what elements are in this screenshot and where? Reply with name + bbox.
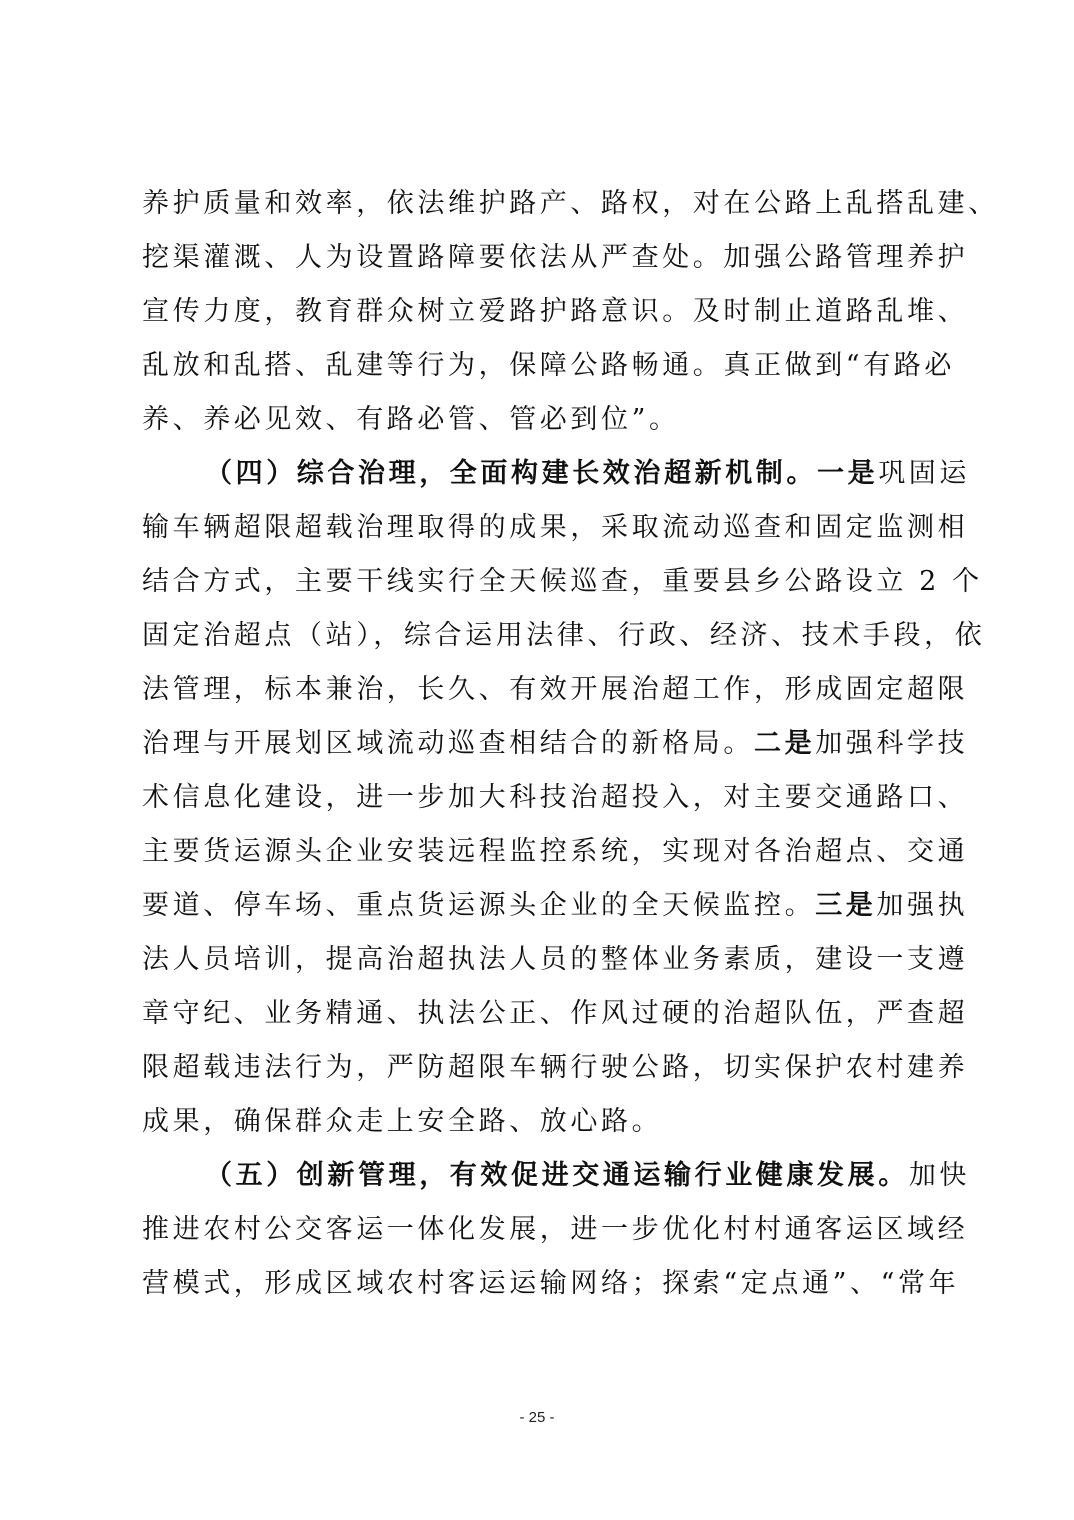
- text-run: 加强执: [876, 890, 968, 921]
- text-line: 结合方式，主要干线实行全天候巡查，重要县乡公路设立 2 个: [142, 555, 942, 609]
- point-one-label: 一是: [817, 458, 878, 489]
- point-three-label: 三是: [815, 890, 876, 921]
- text-line: 推进农村公交客运一体化发展，进一步优化村村通客运区域经: [142, 1203, 942, 1257]
- text-line: 乱放和乱搭、乱建等行为，保障公路畅通。真正做到“有路必: [142, 339, 942, 393]
- document-body: 养护质量和效率，依法维护路产、路权，对在公路上乱搭乱建、 挖渠灌溉、人为设置路障…: [142, 177, 942, 1311]
- page-number: - 25 -: [0, 1409, 1074, 1426]
- text-line: 宣传力度，教育群众树立爱路护路意识。及时制止道路乱堆、: [142, 285, 942, 339]
- text-line: 要道、停车场、重点货运源头企业的全天候监控。三是加强执: [142, 879, 942, 933]
- text-line: 养、养必见效、有路必管、管必到位”。: [142, 393, 942, 447]
- paragraph-section-4: （四）综合治理，全面构建长效治超新机制。一是巩固运 输车辆超限超载治理取得的成果…: [142, 447, 942, 1149]
- text-line: 成果，确保群众走上安全路、放心路。: [142, 1095, 942, 1149]
- text-line: 营模式，形成区域农村客运运输网络；探索“定点通”、“常年: [142, 1257, 942, 1311]
- text-run: 加快: [909, 1160, 970, 1191]
- text-line: 治理与开展划区域流动巡查相结合的新格局。二是加强科学技: [142, 717, 942, 771]
- text-line: 章守纪、业务精通、执法公正、作风过硬的治超队伍，严查超: [142, 987, 942, 1041]
- text-run: 巩固运: [878, 458, 970, 489]
- section-4-heading: （四）综合治理，全面构建长效治超新机制。: [205, 458, 817, 489]
- text-line: 输车辆超限超载治理取得的成果，采取流动巡查和固定监测相: [142, 501, 942, 555]
- text-run: 要道、停车场、重点货运源头企业的全天候监控。: [142, 890, 815, 921]
- point-two-label: 二是: [754, 728, 815, 759]
- section-heading-line: （四）综合治理，全面构建长效治超新机制。一是巩固运: [142, 447, 942, 501]
- section-5-heading: （五）创新管理，有效促进交通运输行业健康发展。: [205, 1160, 909, 1191]
- text-run: 治理与开展划区域流动巡查相结合的新格局。: [142, 728, 754, 759]
- text-line: 法人员培训，提高治超执法人员的整体业务素质，建设一支遵: [142, 933, 942, 987]
- text-line: 法管理，标本兼治，长久、有效开展治超工作，形成固定超限: [142, 663, 942, 717]
- text-line: 主要货运源头企业安装远程监控系统，实现对各治超点、交通: [142, 825, 942, 879]
- text-line: 限超载违法行为，严防超限车辆行驶公路，切实保护农村建养: [142, 1041, 942, 1095]
- paragraph-continuation: 养护质量和效率，依法维护路产、路权，对在公路上乱搭乱建、 挖渠灌溉、人为设置路障…: [142, 177, 942, 447]
- document-page: 养护质量和效率，依法维护路产、路权，对在公路上乱搭乱建、 挖渠灌溉、人为设置路障…: [0, 0, 1074, 1520]
- text-line: 挖渠灌溉、人为设置路障要依法从严查处。加强公路管理养护: [142, 231, 942, 285]
- text-line: 养护质量和效率，依法维护路产、路权，对在公路上乱搭乱建、: [142, 177, 942, 231]
- text-line: 固定治超点（站），综合运用法律、行政、经济、技术手段，依: [142, 609, 942, 663]
- section-heading-line: （五）创新管理，有效促进交通运输行业健康发展。加快: [142, 1149, 942, 1203]
- text-run: 加强科学技: [815, 728, 968, 759]
- text-line: 术信息化建设，进一步加大科技治超投入，对主要交通路口、: [142, 771, 942, 825]
- paragraph-section-5: （五）创新管理，有效促进交通运输行业健康发展。加快 推进农村公交客运一体化发展，…: [142, 1149, 942, 1311]
